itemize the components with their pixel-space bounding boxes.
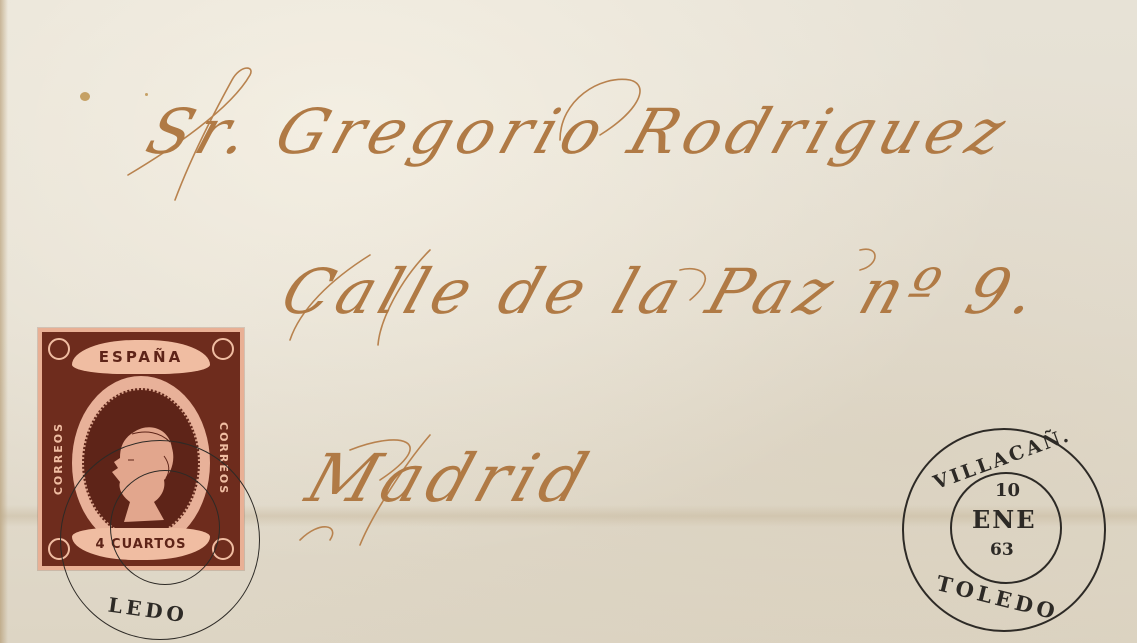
- address-line-street: Calle de la Paz nº 9.: [273, 255, 1052, 328]
- lion-ornament-icon: [212, 338, 234, 360]
- stamp-side-label-left: CORREOS: [52, 422, 65, 495]
- address-line-city: Madrid: [297, 440, 602, 517]
- postmark-left-inner: [110, 470, 220, 585]
- stamp-country-label: ESPAÑA: [72, 340, 210, 374]
- postmark-right-year: 63: [990, 540, 1014, 560]
- crown-ornament-icon: [48, 338, 70, 360]
- postmark-right-month: ENE: [972, 505, 1037, 534]
- postmark-right-day: 10: [995, 480, 1020, 501]
- address-line-recipient: Sr. Gregorio Rodriguez: [138, 95, 1020, 168]
